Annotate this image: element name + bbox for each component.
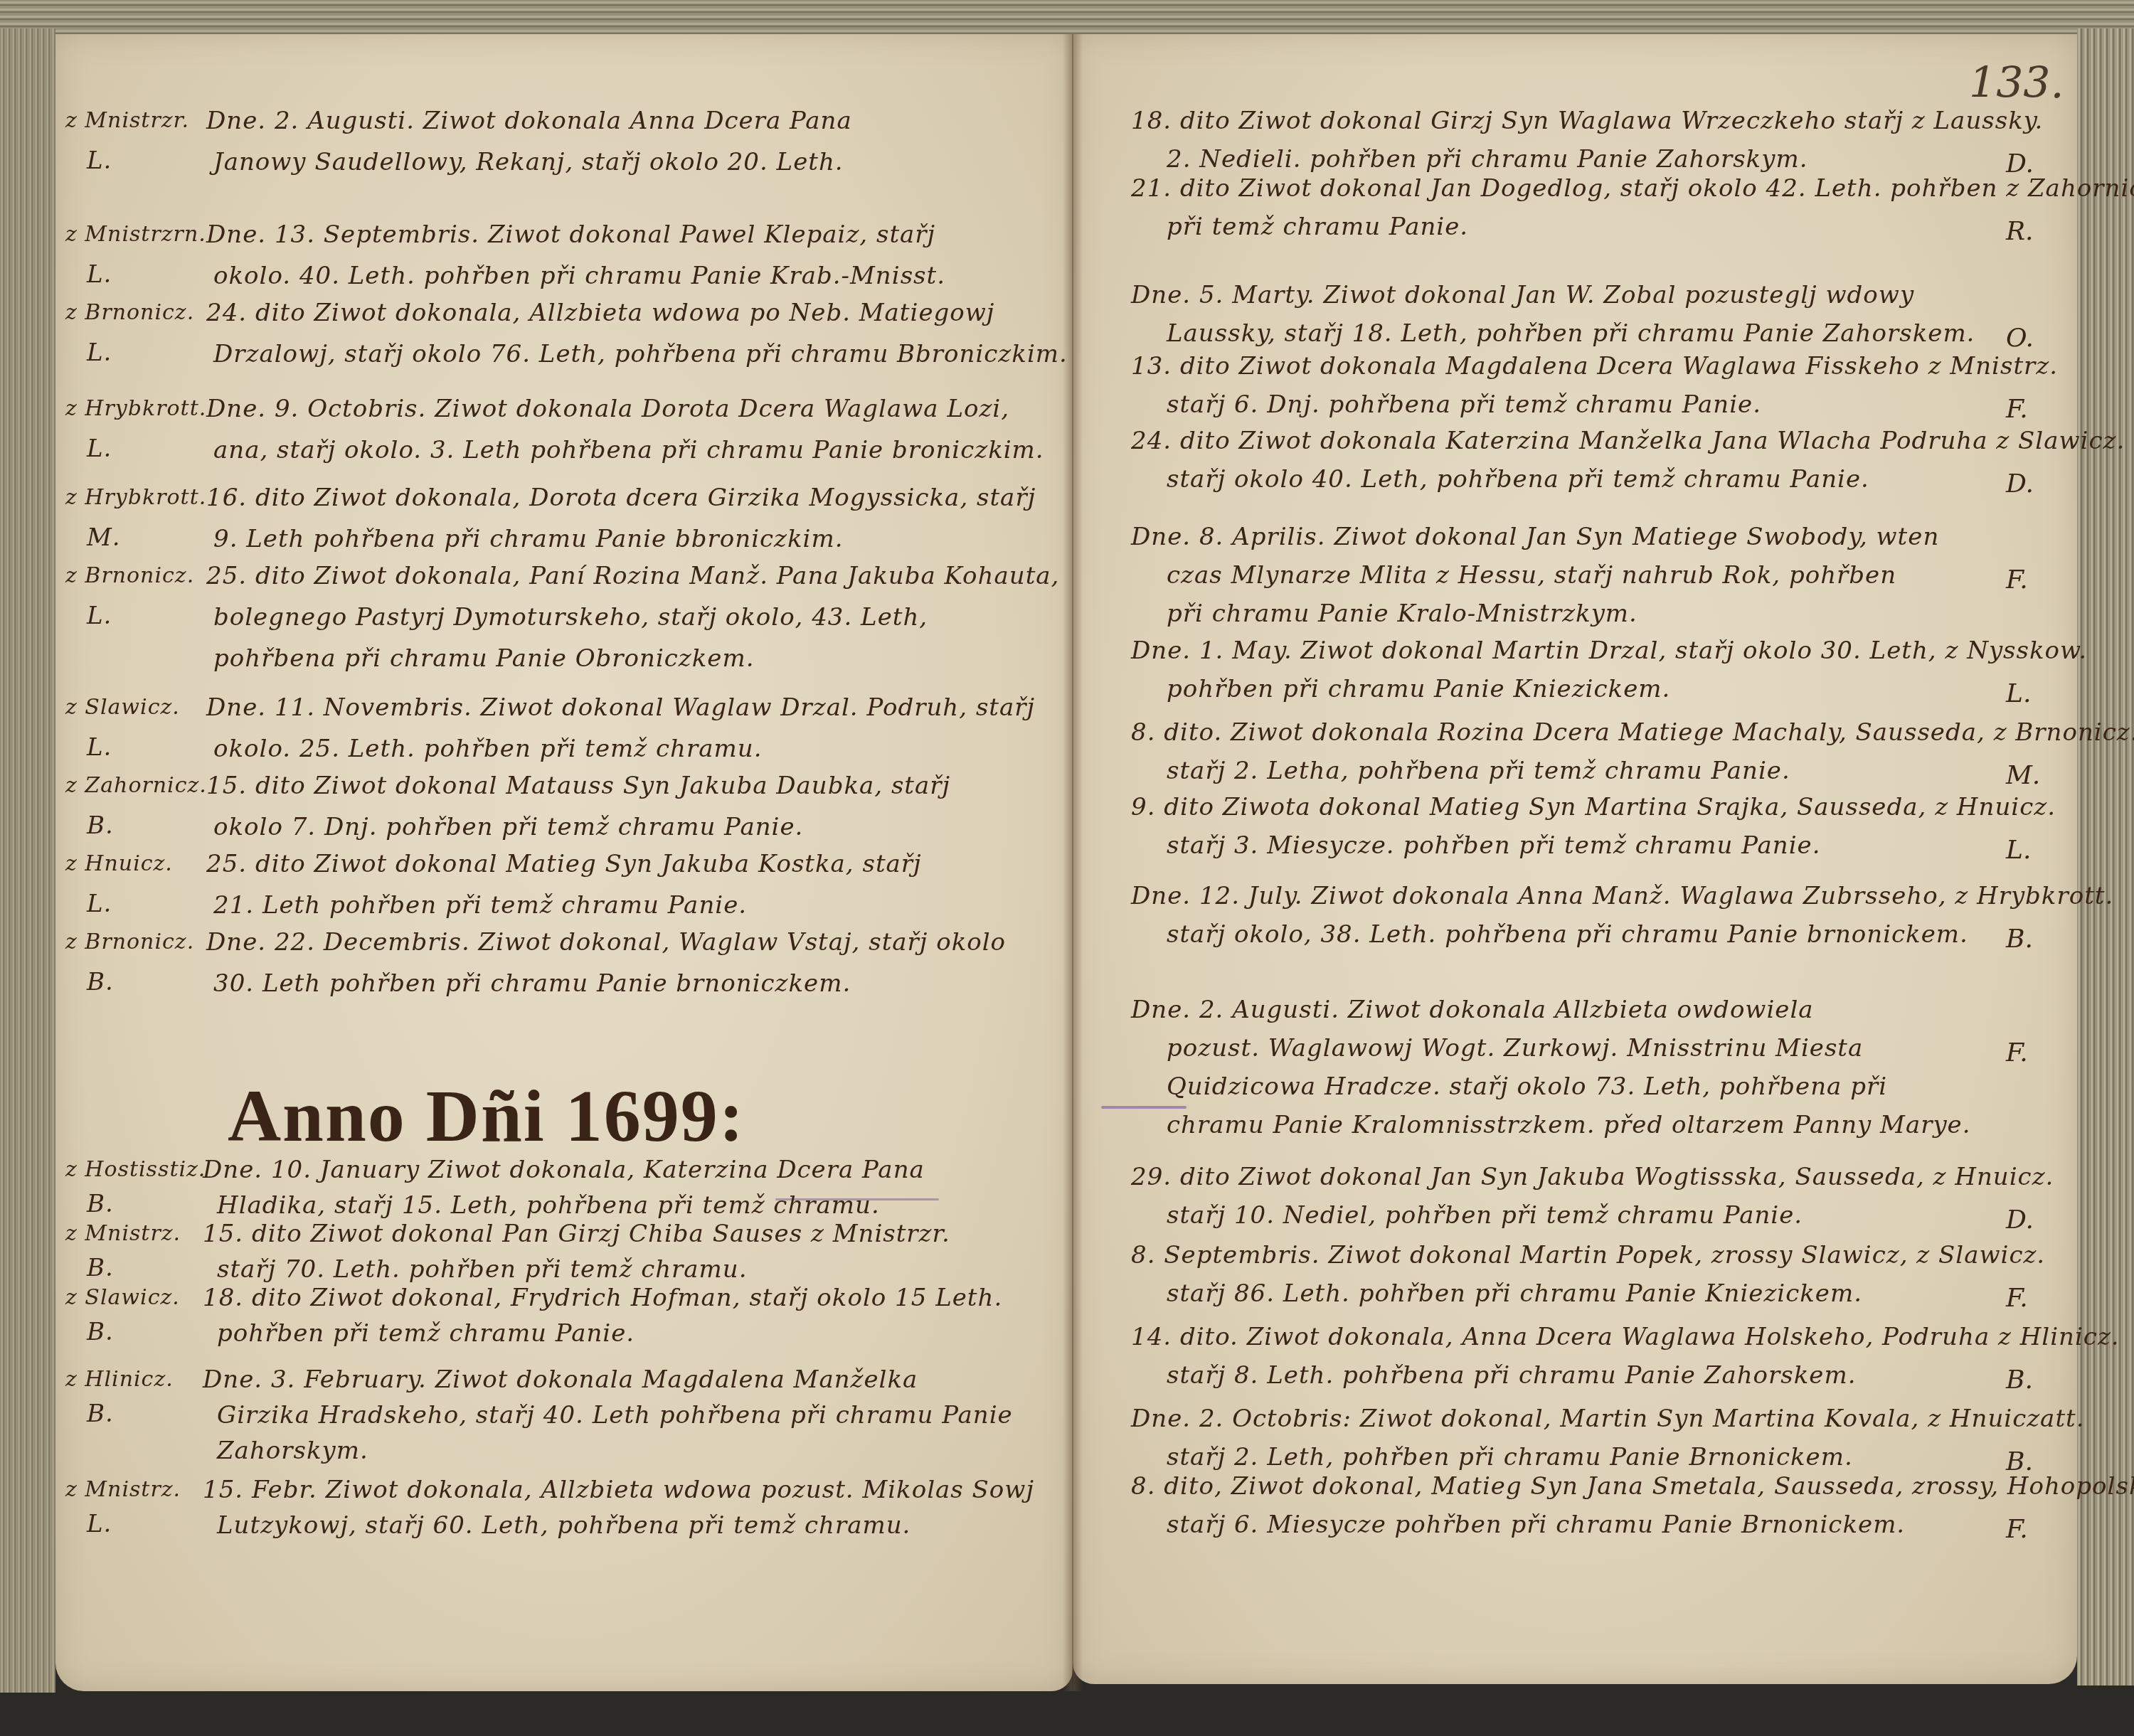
margin-place-label: z Hostisstiz. — [65, 1156, 206, 1184]
entry-line: ana, stařj okolo. 3. Leth pohřbena při c… — [213, 436, 1044, 464]
entry-line: 9. Leth pohřbena při chramu Panie bbroni… — [213, 525, 844, 553]
margin-mark: B. — [87, 1318, 114, 1346]
margin-mark: L. — [87, 733, 112, 762]
margin-mark: L. — [87, 602, 112, 630]
margin-mark: L. — [87, 435, 112, 463]
margin-mark: F. — [2006, 1038, 2028, 1067]
entry-line: 8. Septembris. Ziwot dokonal Martin Pope… — [1131, 1241, 2045, 1269]
right-page-stack — [2077, 28, 2134, 1686]
book-gutter — [1063, 34, 1083, 1691]
margin-mark: L. — [87, 339, 112, 367]
margin-place-label: z Mnistrz. — [65, 1220, 181, 1248]
entry-line: stařj 6. Dnj. pohřbena při temž chramu P… — [1167, 390, 1761, 419]
margin-mark: L. — [87, 890, 112, 918]
open-book: 133. z Mnistrzr.L.Dne. 2. Augusti. Ziwot… — [0, 0, 2134, 1736]
entry-line: stařj okolo 40. Leth, pohřbena při temž … — [1167, 465, 1869, 494]
entry-line: Janowy Saudellowy, Rekanj, stařj okolo 2… — [213, 148, 844, 176]
entry-line: czas Mlynarze Mlita z Hessu, stařj nahru… — [1167, 561, 1896, 590]
margin-place-label: z Mnistrz. — [65, 1476, 181, 1504]
margin-mark: L. — [87, 260, 112, 289]
entry-line: Dne. 11. Novembris. Ziwot dokonal Waglaw… — [206, 693, 1035, 722]
margin-mark: B. — [87, 968, 114, 996]
entry-line: chramu Panie Kralomnisstrzkem. před olta… — [1167, 1111, 1971, 1139]
entry-line: 2. Nedieli. pohřben při chramu Panie Zah… — [1167, 145, 1807, 174]
entry-line: 13. dito Ziwot dokonala Magdalena Dcera … — [1131, 352, 2058, 380]
entry-line: 15. dito Ziwot dokonal Matauss Syn Jakub… — [206, 772, 950, 800]
entry-line: 8. dito. Ziwot dokonala Rozina Dcera Mat… — [1131, 718, 2134, 747]
margin-mark: L. — [87, 147, 112, 175]
entry-line: okolo. 40. Leth. pohřben při chramu Pani… — [213, 262, 945, 290]
entry-line: Dne. 3. February. Ziwot dokonala Magdale… — [203, 1365, 918, 1394]
entry-line: 24. dito Ziwot dokonala Katerzina Manžel… — [1131, 427, 2125, 455]
margin-mark: D. — [2006, 1205, 2034, 1235]
margin-place-label: z Hrybkrott. — [65, 395, 206, 423]
entry-line: Dne. 1. May. Ziwot dokonal Martin Drzal,… — [1131, 637, 2087, 665]
entry-line: Hladika, stařj 15. Leth, pohřbena při te… — [217, 1191, 880, 1220]
margin-mark: B. — [87, 1400, 114, 1428]
entry-line: Dne. 9. Octobris. Ziwot dokonala Dorota … — [206, 395, 1009, 423]
margin-mark: B. — [2006, 1365, 2033, 1395]
entry-line: 21. Leth pohřben při temž chramu Panie. — [213, 891, 747, 920]
margin-mark: F. — [2006, 1284, 2028, 1313]
entry-line: pohřbena při chramu Panie Obroniczkem. — [213, 644, 755, 673]
entry-line: pozust. Waglawowj Wogt. Zurkowj. Mnisstr… — [1167, 1034, 1863, 1063]
entry-line: Laussky, stařj 18. Leth, pohřben při chr… — [1167, 319, 1975, 348]
entry-line: 25. dito Ziwot dokonal Matieg Syn Jakuba… — [206, 850, 922, 878]
entry-line: stařj okolo, 38. Leth. pohřbena při chra… — [1167, 920, 1968, 949]
entry-line: 16. dito Ziwot dokonala, Dorota dcera Gi… — [206, 484, 1036, 512]
entry-line: 8. dito, Ziwot dokonal, Matieg Syn Jana … — [1131, 1472, 2134, 1501]
margin-mark: B. — [87, 1254, 114, 1282]
entry-line: Dne. 10. January Ziwot dokonala, Katerzi… — [203, 1156, 925, 1184]
entry-line: 30. Leth pohřben při chramu Panie brnoni… — [213, 969, 851, 998]
entry-line: Quidzicowa Hradcze. stařj okolo 73. Leth… — [1167, 1072, 1887, 1101]
margin-mark: B. — [2006, 925, 2033, 954]
entry-line: pohřben při temž chramu Panie. — [217, 1319, 635, 1348]
entry-line: Dne. 13. Septembris. Ziwot dokonal Pawel… — [206, 220, 935, 249]
margin-place-label: z Mnistrzr. — [65, 107, 189, 135]
margin-place-label: z Brnonicz. — [65, 928, 194, 957]
entry-line: stařj 10. Nediel, pohřben při temž chram… — [1167, 1201, 1803, 1230]
entry-line: 29. dito Ziwot dokonal Jan Syn Jakuba Wo… — [1131, 1163, 2054, 1191]
entry-line: pohřben při chramu Panie Kniezickem. — [1167, 675, 1670, 703]
entry-line: při temž chramu Panie. — [1167, 213, 1468, 241]
margin-place-label: z Hrybkrott. — [65, 484, 206, 512]
entry-line: stařj 2. Leth, pohřben při chramu Panie … — [1167, 1443, 1853, 1471]
margin-mark: L. — [2006, 679, 2031, 708]
entry-line: Dne. 2. Augusti. Ziwot dokonala Allzbiet… — [1131, 996, 1814, 1024]
entry-line: Zahorskym. — [217, 1437, 368, 1465]
entry-line: 15. dito Ziwot dokonal Pan Girzj Chiba S… — [203, 1220, 950, 1248]
folio-number: 133. — [1969, 58, 2064, 108]
entry-line: Dne. 22. Decembris. Ziwot dokonal, Wagla… — [206, 928, 1006, 957]
entry-line: Lutzykowj, stařj 60. Leth, pohřbena při … — [217, 1511, 911, 1540]
margin-place-label: z Zahornicz. — [65, 772, 207, 800]
margin-place-label: z Brnonicz. — [65, 299, 194, 327]
margin-mark: L. — [2006, 836, 2031, 865]
entry-line: stařj 8. Leth. pohřbena při chramu Panie… — [1167, 1361, 1857, 1390]
entry-line: 14. dito. Ziwot dokonala, Anna Dcera Wag… — [1131, 1323, 2120, 1351]
left-page-stack — [0, 28, 55, 1693]
purple-pencil-mark — [1101, 1106, 1187, 1109]
margin-place-label: z Brnonicz. — [65, 562, 194, 590]
entry-line: Girzika Hradskeho, stařj 40. Leth pohřbe… — [217, 1401, 1013, 1429]
margin-place-label: z Hnuicz. — [65, 850, 173, 878]
entry-line: Dne. 12. July. Ziwot dokonala Anna Manž.… — [1131, 882, 2113, 910]
entry-line: stařj 86. Leth. pohřben při chramu Panie… — [1167, 1279, 1862, 1308]
entry-line: stařj 2. Letha, pohřbena při temž chramu… — [1167, 757, 1790, 785]
entry-line: 21. dito Ziwot dokonal Jan Dogedlog, sta… — [1131, 174, 2134, 203]
entry-line: bolegnego Pastyrj Dymoturskeho, stařj ok… — [213, 603, 928, 632]
entry-line: okolo 7. Dnj. pohřben při temž chramu Pa… — [213, 813, 803, 841]
margin-mark: M. — [2006, 761, 2040, 790]
entry-line: Dne. 8. Aprilis. Ziwot dokonal Jan Syn M… — [1131, 523, 1939, 551]
entry-line: Dne. 5. Marty. Ziwot dokonal Jan W. Zoba… — [1131, 281, 1914, 309]
entry-line: stařj 70. Leth. pohřben při temž chramu. — [217, 1255, 748, 1284]
margin-place-label: z Slawicz. — [65, 693, 180, 722]
entry-line: 25. dito Ziwot dokonala, Paní Rozina Man… — [206, 562, 1059, 590]
margin-place-label: z Hlinicz. — [65, 1365, 174, 1394]
entry-line: Drzalowj, stařj okolo 76. Leth, pohřbena… — [213, 340, 1068, 368]
margin-mark: B. — [87, 1190, 114, 1218]
margin-mark: F. — [2006, 1515, 2028, 1544]
margin-mark: B. — [87, 811, 114, 840]
entry-line: 18. dito Ziwot dokonal, Frydrich Hofman,… — [203, 1284, 1002, 1312]
entry-line: 18. dito Ziwot dokonal Girzj Syn Waglawa… — [1131, 107, 2043, 135]
entry-line: 15. Febr. Ziwot dokonala, Allzbieta wdow… — [203, 1476, 1034, 1504]
margin-place-label: z Mnistrzrn. — [65, 220, 206, 249]
entry-line: stařj 6. Miesycze pohřben při chramu Pan… — [1167, 1511, 1905, 1539]
margin-place-label: z Slawicz. — [65, 1284, 180, 1312]
margin-mark: F. — [2006, 565, 2028, 595]
entry-line: 24. dito Ziwot dokonala, Allzbieta wdowa… — [206, 299, 994, 327]
entry-line: okolo. 25. Leth. pohřben při temž chramu… — [213, 735, 763, 763]
margin-mark: O. — [2006, 324, 2034, 353]
entry-line: 9. dito Ziwota dokonal Matieg Syn Martin… — [1131, 793, 2056, 821]
margin-mark: F. — [2006, 395, 2028, 424]
entry-line: Dne. 2. Octobris: Ziwot dokonal, Martin … — [1131, 1405, 2085, 1433]
entry-line: při chramu Panie Kralo-Mnistrzkym. — [1167, 600, 1637, 628]
margin-mark: R. — [2006, 217, 2034, 246]
margin-mark: L. — [87, 1510, 112, 1538]
margin-mark: D. — [2006, 469, 2034, 499]
margin-mark: M. — [87, 523, 121, 552]
entry-line: Dne. 2. Augusti. Ziwot dokonala Anna Dce… — [206, 107, 852, 135]
year-heading: Anno Dñi 1699: — [228, 1074, 745, 1159]
entry-line: stařj 3. Miesycze. pohřben při temž chra… — [1167, 831, 1821, 860]
